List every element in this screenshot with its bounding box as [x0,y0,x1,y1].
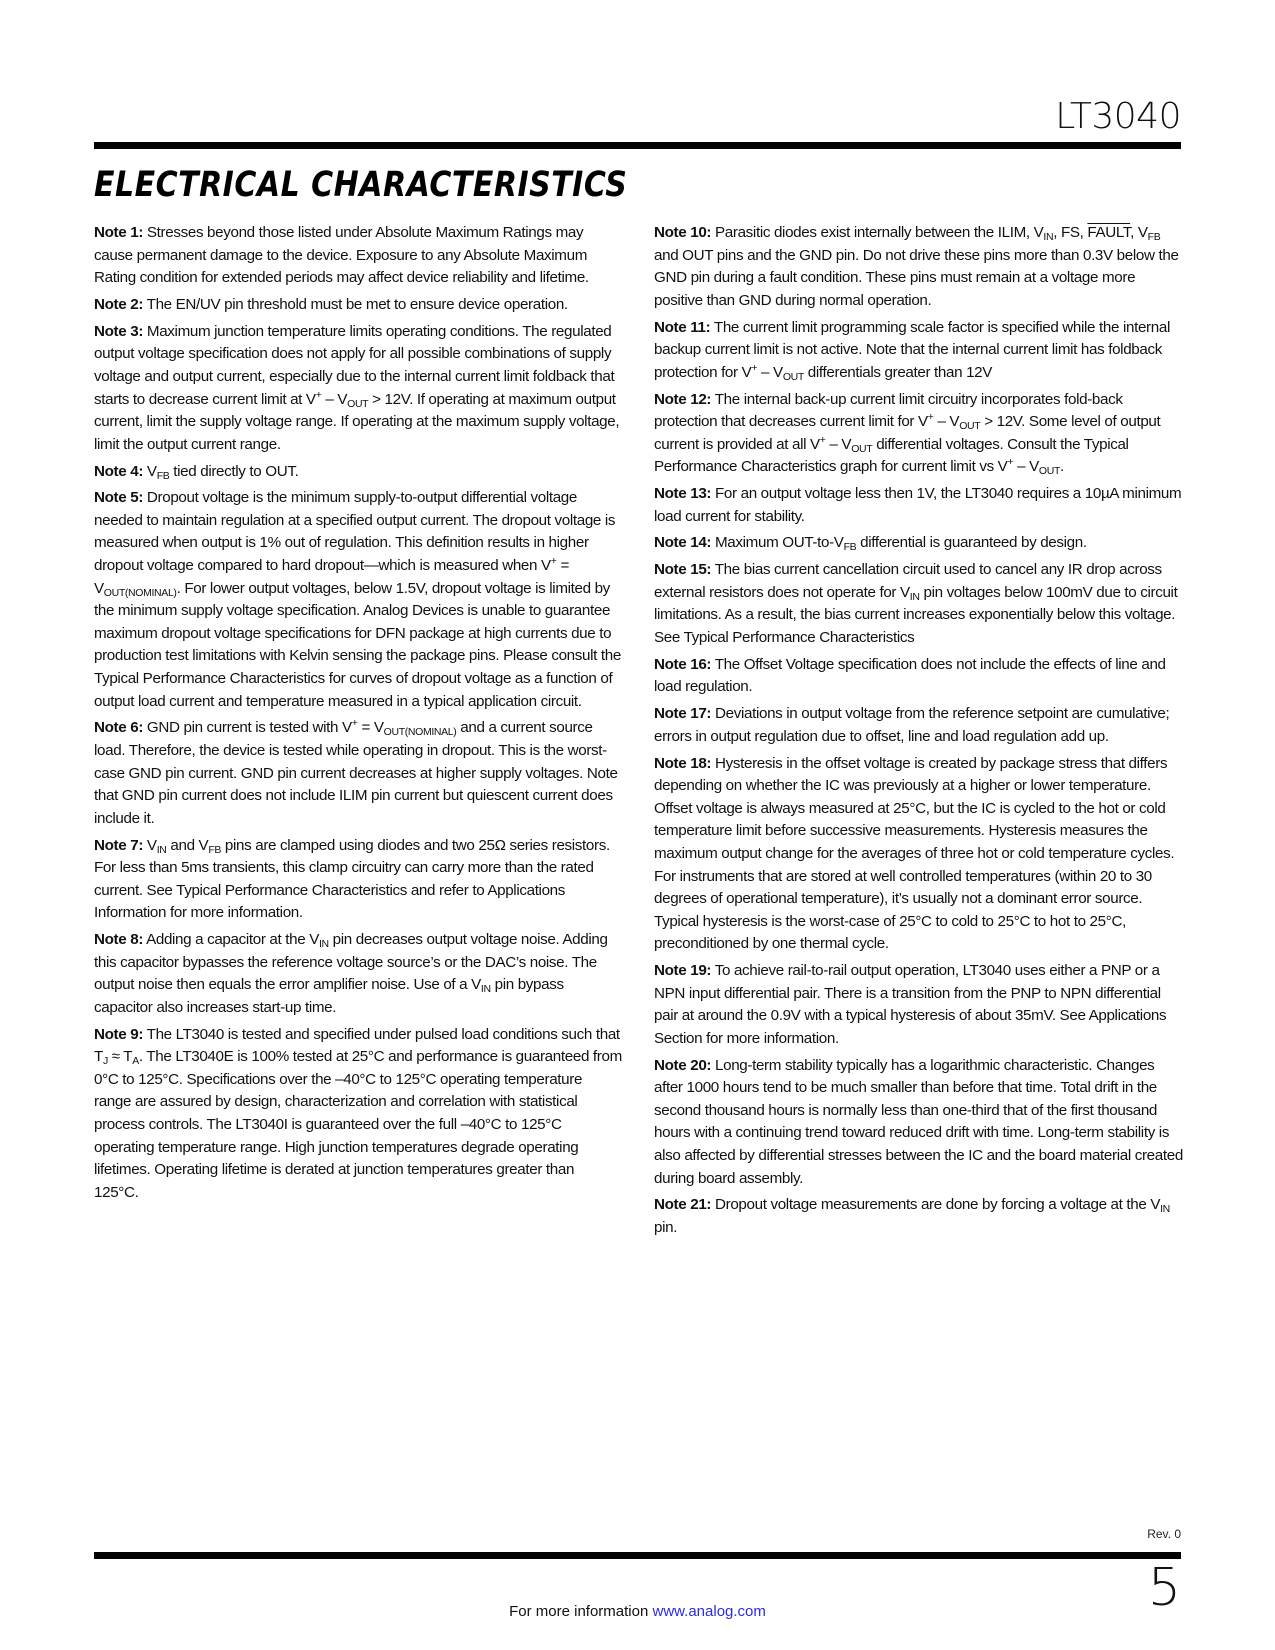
note-text: Long-term stability typically has a loga… [654,1057,1183,1187]
note-15: Note 15: The bias current cancellation c… [654,559,1184,649]
subscript: IN [319,938,329,950]
note-text: differentials greater than 12V [804,364,992,381]
note-text: – V [757,364,783,381]
note-label: Note 8: [94,931,143,948]
subscript: FB [208,844,221,856]
subscript: FB [157,470,170,482]
note-14: Note 14: Maximum OUT-to-VFB differential… [654,532,1184,555]
note-2: Note 2: The EN/UV pin threshold must be … [94,294,622,317]
note-10: Note 10: Parasitic diodes exist internal… [654,222,1184,312]
note-9: Note 9: The LT3040 is tested and specifi… [94,1024,622,1205]
note-text: Hysteresis in the offset voltage is crea… [654,755,1174,953]
note-text: Maximum OUT-to-V [715,534,844,551]
note-6: Note 6: GND pin current is tested with V… [94,717,622,830]
note-text: Dropout voltage is the minimum supply-to… [94,489,615,574]
note-text: and OUT pins and the GND pin. Do not dri… [654,247,1179,309]
note-label: Note 19: [654,962,711,979]
note-label: Note 4: [94,463,143,480]
note-7: Note 7: VIN and VFB pins are clamped usi… [94,835,622,925]
subscript: OUT(NOMINAL) [104,587,177,599]
note-text: The Offset Voltage specification does no… [654,656,1166,696]
note-text: The EN/UV pin threshold must be met to e… [147,296,568,313]
note-16: Note 16: The Offset Voltage specificatio… [654,654,1184,699]
note-text: . The LT3040E is 100% tested at 25°C and… [94,1048,622,1201]
note-label: Note 21: [654,1196,711,1213]
fault-pin-overline: FAULT [1087,224,1130,241]
header-rule [94,142,1181,149]
note-text: Adding a capacitor at the V [146,931,319,948]
note-label: Note 7: [94,837,143,854]
note-21: Note 21: Dropout voltage measurements ar… [654,1194,1184,1239]
note-text: pin. [654,1219,677,1236]
footer-rule [94,1552,1181,1559]
subscript: IN [481,983,491,995]
note-11: Note 11: The current limit programming s… [654,317,1184,385]
note-text: For an output voltage less then 1V, the … [654,485,1181,525]
note-label: Note 1: [94,224,143,241]
note-text: – V [934,413,960,430]
note-label: Note 16: [654,656,711,673]
note-20: Note 20: Long-term stability typically h… [654,1055,1184,1191]
notes-right-column: Note 10: Parasitic diodes exist internal… [654,222,1184,1244]
note-text: . For lower output voltages, below 1.5V,… [94,580,621,710]
note-text: and V [167,837,209,854]
note-8: Note 8: Adding a capacitor at the VIN pi… [94,929,622,1019]
note-text: – V [1013,458,1039,475]
note-text: To achieve rail-to-rail output operation… [654,962,1166,1047]
note-19: Note 19: To achieve rail-to-rail output … [654,960,1184,1050]
subscript: OUT [783,371,804,383]
note-text: V [147,463,157,480]
note-18: Note 18: Hysteresis in the offset voltag… [654,753,1184,956]
note-label: Note 12: [654,391,711,408]
note-text: , FS, [1053,224,1087,241]
note-text: tied directly to OUT. [169,463,298,480]
revision-label: Rev. 0 [1147,1527,1181,1541]
note-text: , V [1130,224,1148,241]
note-label: Note 9: [94,1026,143,1043]
subscript: OUT [851,443,872,455]
note-text: . [1060,458,1064,475]
analog-website-link[interactable]: www.analog.com [653,1603,766,1620]
subscript: OUT(NOMINAL) [384,726,457,738]
subscript: FB [844,541,857,553]
note-label: Note 2: [94,296,143,313]
note-label: Note 17: [654,705,711,722]
subscript: IN [1043,231,1053,243]
note-4: Note 4: VFB tied directly to OUT. [94,461,622,484]
note-text: – V [826,436,852,453]
note-label: Note 20: [654,1057,711,1074]
subscript: IN [157,844,167,856]
note-text: differential is guaranteed by design. [856,534,1086,551]
note-label: Note 14: [654,534,711,551]
note-label: Note 18: [654,755,711,772]
subscript: A [132,1055,139,1067]
note-text: = V [358,719,384,736]
note-12: Note 12: The internal back-up current li… [654,389,1184,479]
note-5: Note 5: Dropout voltage is the minimum s… [94,487,622,713]
note-17: Note 17: Deviations in output voltage fr… [654,703,1184,748]
note-label: Note 13: [654,485,711,502]
note-text: Stresses beyond those listed under Absol… [94,224,589,286]
note-label: Note 3: [94,323,143,340]
note-13: Note 13: For an output voltage less then… [654,483,1184,528]
note-text: ≈ T [108,1048,132,1065]
note-label: Note 5: [94,489,143,506]
note-1: Note 1: Stresses beyond those listed und… [94,222,622,290]
note-text: – V [322,391,348,408]
more-info-text: For more information [509,1603,652,1620]
note-label: Note 11: [654,319,710,336]
subscript: IN [910,591,920,603]
subscript: OUT [959,420,980,432]
note-text: GND pin current is tested with V [147,719,352,736]
note-label: Note 6: [94,719,143,736]
note-text: V [147,837,157,854]
note-text: Dropout voltage measurements are done by… [715,1196,1160,1213]
part-number: LT3040 [1055,96,1181,137]
footer-more-info: For more information www.analog.com [0,1603,1275,1620]
note-text: Deviations in output voltage from the re… [654,705,1169,745]
section-title: ELECTRICAL CHARACTERISTICS [94,165,627,205]
note-text: Parasitic diodes exist internally betwee… [715,224,1043,241]
notes-left-column: Note 1: Stresses beyond those listed und… [94,222,622,1209]
subscript: OUT [1039,465,1060,477]
subscript: IN [1160,1203,1170,1215]
subscript: OUT [347,398,368,410]
subscript: FB [1148,231,1161,243]
note-label: Note 10: [654,224,711,241]
note-label: Note 15: [654,561,711,578]
note-3: Note 3: Maximum junction temperature lim… [94,321,622,457]
